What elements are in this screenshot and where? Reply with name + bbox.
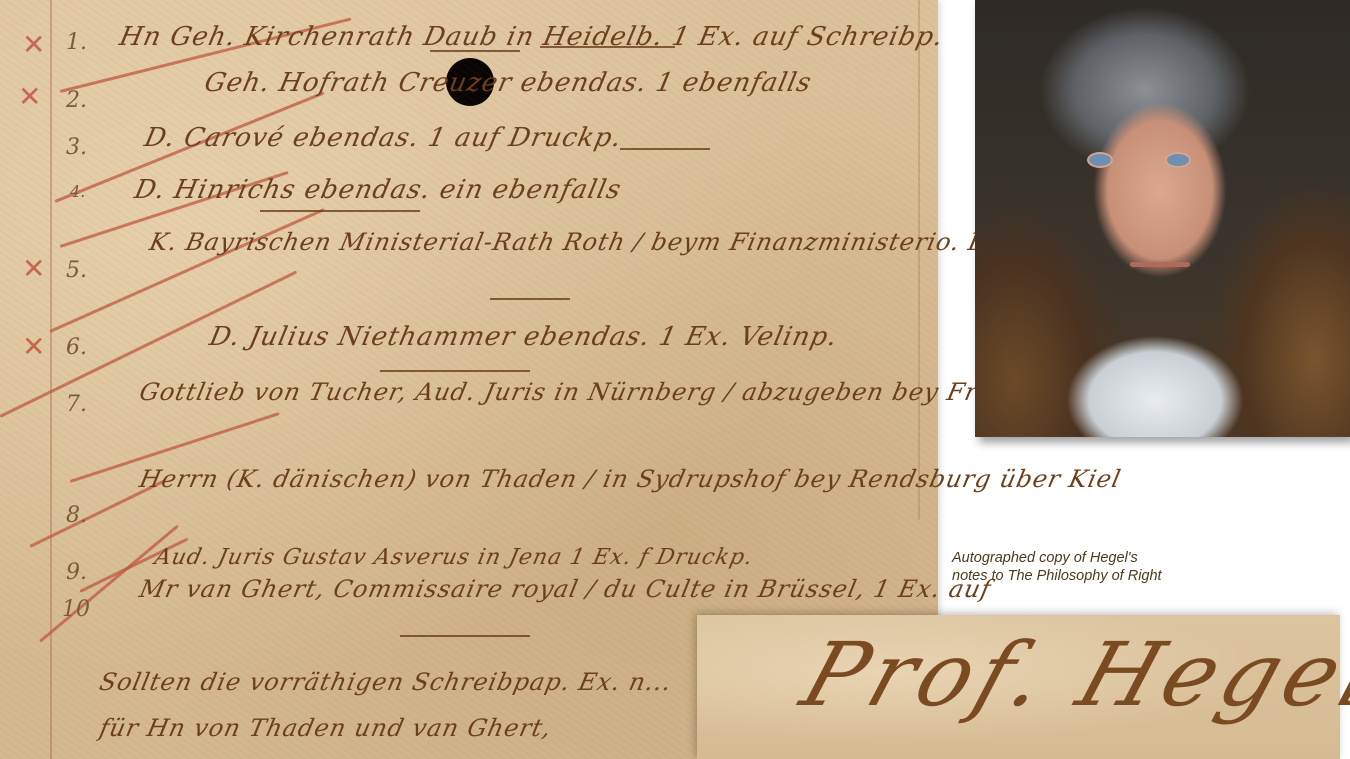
signature: Prof. Hegel — [790, 623, 1350, 726]
entry-number: 6. — [66, 335, 87, 360]
manuscript-line: D. Hinrichs ebendas. ein ebenfalls — [132, 175, 624, 205]
red-x-mark: ✕ — [22, 252, 45, 285]
entry-number: 9. — [66, 560, 87, 585]
hegel-portrait — [975, 0, 1350, 437]
image-caption: Autographed copy of Hegel's notes to The… — [952, 549, 1212, 585]
manuscript-line: D. Carové ebendas. 1 auf Druckp. — [142, 123, 625, 153]
caption-line-1: Autographed copy of Hegel's — [952, 549, 1212, 567]
portrait-mouth — [1130, 262, 1190, 267]
ink-underline — [380, 370, 530, 372]
signature-detail: Prof. Hegel — [697, 615, 1340, 759]
ink-underline — [620, 148, 710, 150]
entry-number: 2. — [66, 88, 87, 113]
ink-underline — [400, 635, 530, 637]
red-strike — [49, 208, 324, 333]
red-x-mark: ✕ — [22, 28, 45, 61]
red-x-mark: ✕ — [18, 80, 41, 113]
page-edge-rule — [918, 0, 920, 520]
manuscript-line: Geh. Hofrath Creuzer ebendas. 1 ebenfall… — [202, 68, 815, 98]
ink-underline — [490, 298, 570, 300]
entry-number: 1. — [66, 30, 87, 55]
manuscript-line: Aud. Juris Gustav Asverus in Jena 1 Ex. … — [152, 545, 755, 570]
portrait-eye — [1087, 152, 1113, 168]
entry-number: 4. — [70, 182, 85, 201]
entry-number: 8. — [66, 503, 87, 528]
entry-number: 3. — [66, 135, 87, 160]
ink-underline — [540, 46, 675, 48]
ink-underline — [430, 50, 520, 52]
red-x-mark: ✕ — [22, 330, 45, 363]
manuscript-line: Sollten die vorräthigen Schreibpap. Ex. … — [97, 668, 675, 696]
entry-number: 7. — [66, 392, 87, 417]
manuscript-line: Herrn (K. dänischen) von Thaden / in Syd… — [137, 465, 1124, 493]
entry-number: 10 — [62, 597, 90, 622]
manuscript-line: D. Julius Niethammer ebendas. 1 Ex. Veli… — [207, 322, 841, 352]
manuscript-line: für Hn von Thaden und van Ghert, — [97, 714, 554, 742]
entry-number: 5. — [66, 258, 87, 283]
portrait-eye — [1165, 152, 1191, 168]
margin-rule — [50, 0, 52, 759]
ink-underline — [260, 210, 420, 212]
manuscript-line: Hn Geh. Kirchenrath Daub in Heidelb. 1 E… — [117, 22, 947, 52]
manuscript-line: Mr van Ghert, Commissaire royal / du Cul… — [137, 575, 994, 603]
caption-line-2: notes to The Philosophy of Right — [952, 567, 1212, 585]
